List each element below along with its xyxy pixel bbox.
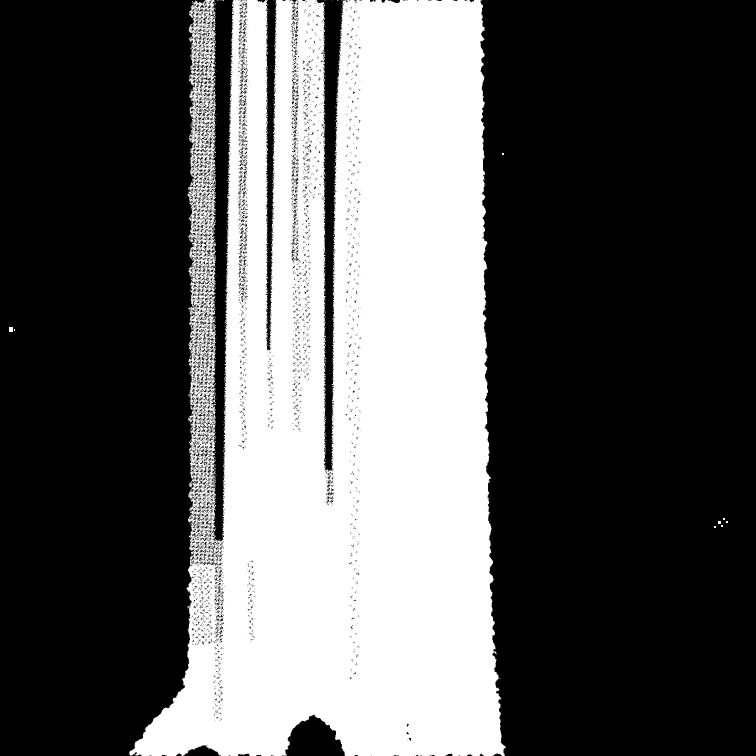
plume-inner-specks-right (305, 0, 323, 200)
speck-right-4 (714, 526, 716, 528)
streak-dotted-1 (239, 0, 247, 300)
streak-black-1-tail (215, 540, 223, 640)
streak-black-3-tail (326, 470, 333, 505)
streak-speckle-band-tail (192, 565, 212, 645)
speck-left (9, 327, 13, 332)
bottom-speck-1 (407, 724, 409, 726)
speck-mid-right (502, 153, 504, 155)
speck-right-2 (723, 518, 725, 520)
photo-canvas (0, 0, 756, 756)
bottom-speck-2 (406, 732, 408, 735)
bottom-speck-3 (408, 739, 410, 741)
streak-dotted-2-tail (293, 260, 301, 430)
speck-right-1 (718, 521, 721, 524)
streak-black-2-tail (268, 350, 273, 430)
streak-dotted-1-tail (240, 300, 246, 450)
plume-inner-specks-mid (350, 420, 359, 680)
speck-right-3 (726, 521, 728, 523)
speck-left-2 (14, 329, 15, 331)
streak-dotted-2 (292, 0, 298, 260)
streak-black-1-trail (214, 640, 222, 720)
streak-dotted-1-trail (248, 560, 254, 640)
speck-corner (153, 722, 155, 724)
plume-inner-specks-top (346, 0, 360, 420)
streak-speckle-band (188, 0, 215, 565)
bilevel-photograph (0, 0, 756, 756)
speck-right-5 (721, 525, 723, 527)
